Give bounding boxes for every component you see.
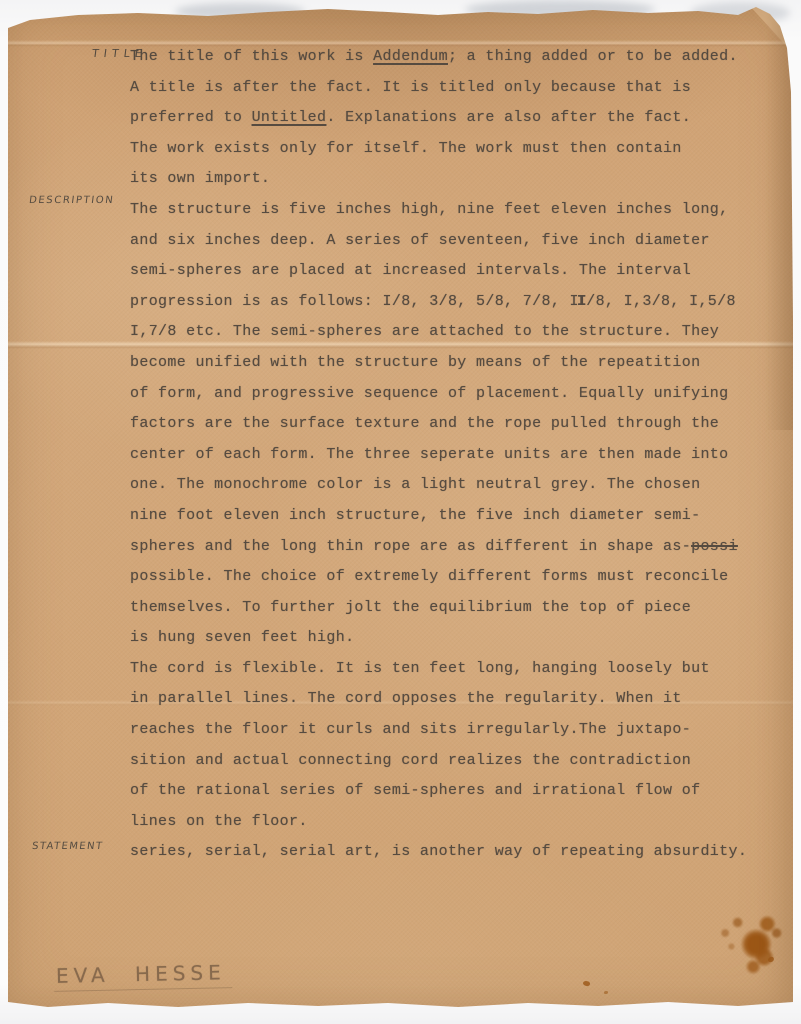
signature-eva-hesse: EVA HESSE [54, 960, 232, 992]
scan-background: TITLE DESCRIPTION STATEMENT The title of… [0, 0, 801, 1024]
typed-line: The structure is five inches high, nine … [130, 195, 770, 226]
typed-line: possible. The choice of extremely differ… [130, 562, 770, 593]
stain-speck [604, 991, 608, 994]
margin-label-description: DESCRIPTION [28, 195, 115, 206]
typed-line: The title of this work is Addendum; a th… [130, 42, 770, 73]
typed-line: spheres and the long thin rope are as di… [130, 532, 770, 563]
stain-speck [582, 980, 590, 987]
typed-line: of form, and progressive sequence of pla… [130, 379, 770, 410]
typed-line: and six inches deep. A series of sevente… [130, 226, 770, 257]
typed-line: series, serial, serial art, is another w… [130, 837, 770, 868]
typed-line: is hung seven feet high. [130, 623, 770, 654]
typed-line: themselves. To further jolt the equilibr… [130, 593, 770, 624]
margin-label-statement: STATEMENT [31, 841, 104, 852]
typed-line: progression is as follows: I/8, 3/8, 5/8… [130, 287, 770, 318]
typed-line: factors are the surface texture and the … [130, 409, 770, 440]
typed-line: reaches the floor it curls and sits irre… [130, 715, 770, 746]
typed-line: lines on the floor. [130, 807, 770, 838]
typewritten-page: TITLE DESCRIPTION STATEMENT The title of… [8, 0, 793, 1012]
typed-line: one. The monochrome color is a light neu… [130, 470, 770, 501]
typed-text-body: The title of this work is Addendum; a th… [130, 42, 770, 868]
typed-line: I,7/8 etc. The semi-spheres are attached… [130, 317, 770, 348]
rust-stain [708, 903, 786, 978]
typed-line: nine foot eleven inch structure, the fiv… [130, 501, 770, 532]
typed-line: preferred to Untitled. Explanations are … [130, 103, 770, 134]
typed-line: The cord is flexible. It is ten feet lon… [130, 654, 770, 685]
typed-line: The work exists only for itself. The wor… [130, 134, 770, 165]
typed-line: become unified with the structure by mea… [130, 348, 770, 379]
typed-line: center of each form. The three seperate … [130, 440, 770, 471]
typed-line: of the rational series of semi-spheres a… [130, 776, 770, 807]
typed-line: semi-spheres are placed at increased int… [130, 256, 770, 287]
typed-line: sition and actual connecting cord realiz… [130, 746, 770, 777]
typed-line: A title is after the fact. It is titled … [130, 73, 770, 104]
typed-line: its own import. [130, 164, 770, 195]
typed-line: in parallel lines. The cord opposes the … [130, 684, 770, 715]
